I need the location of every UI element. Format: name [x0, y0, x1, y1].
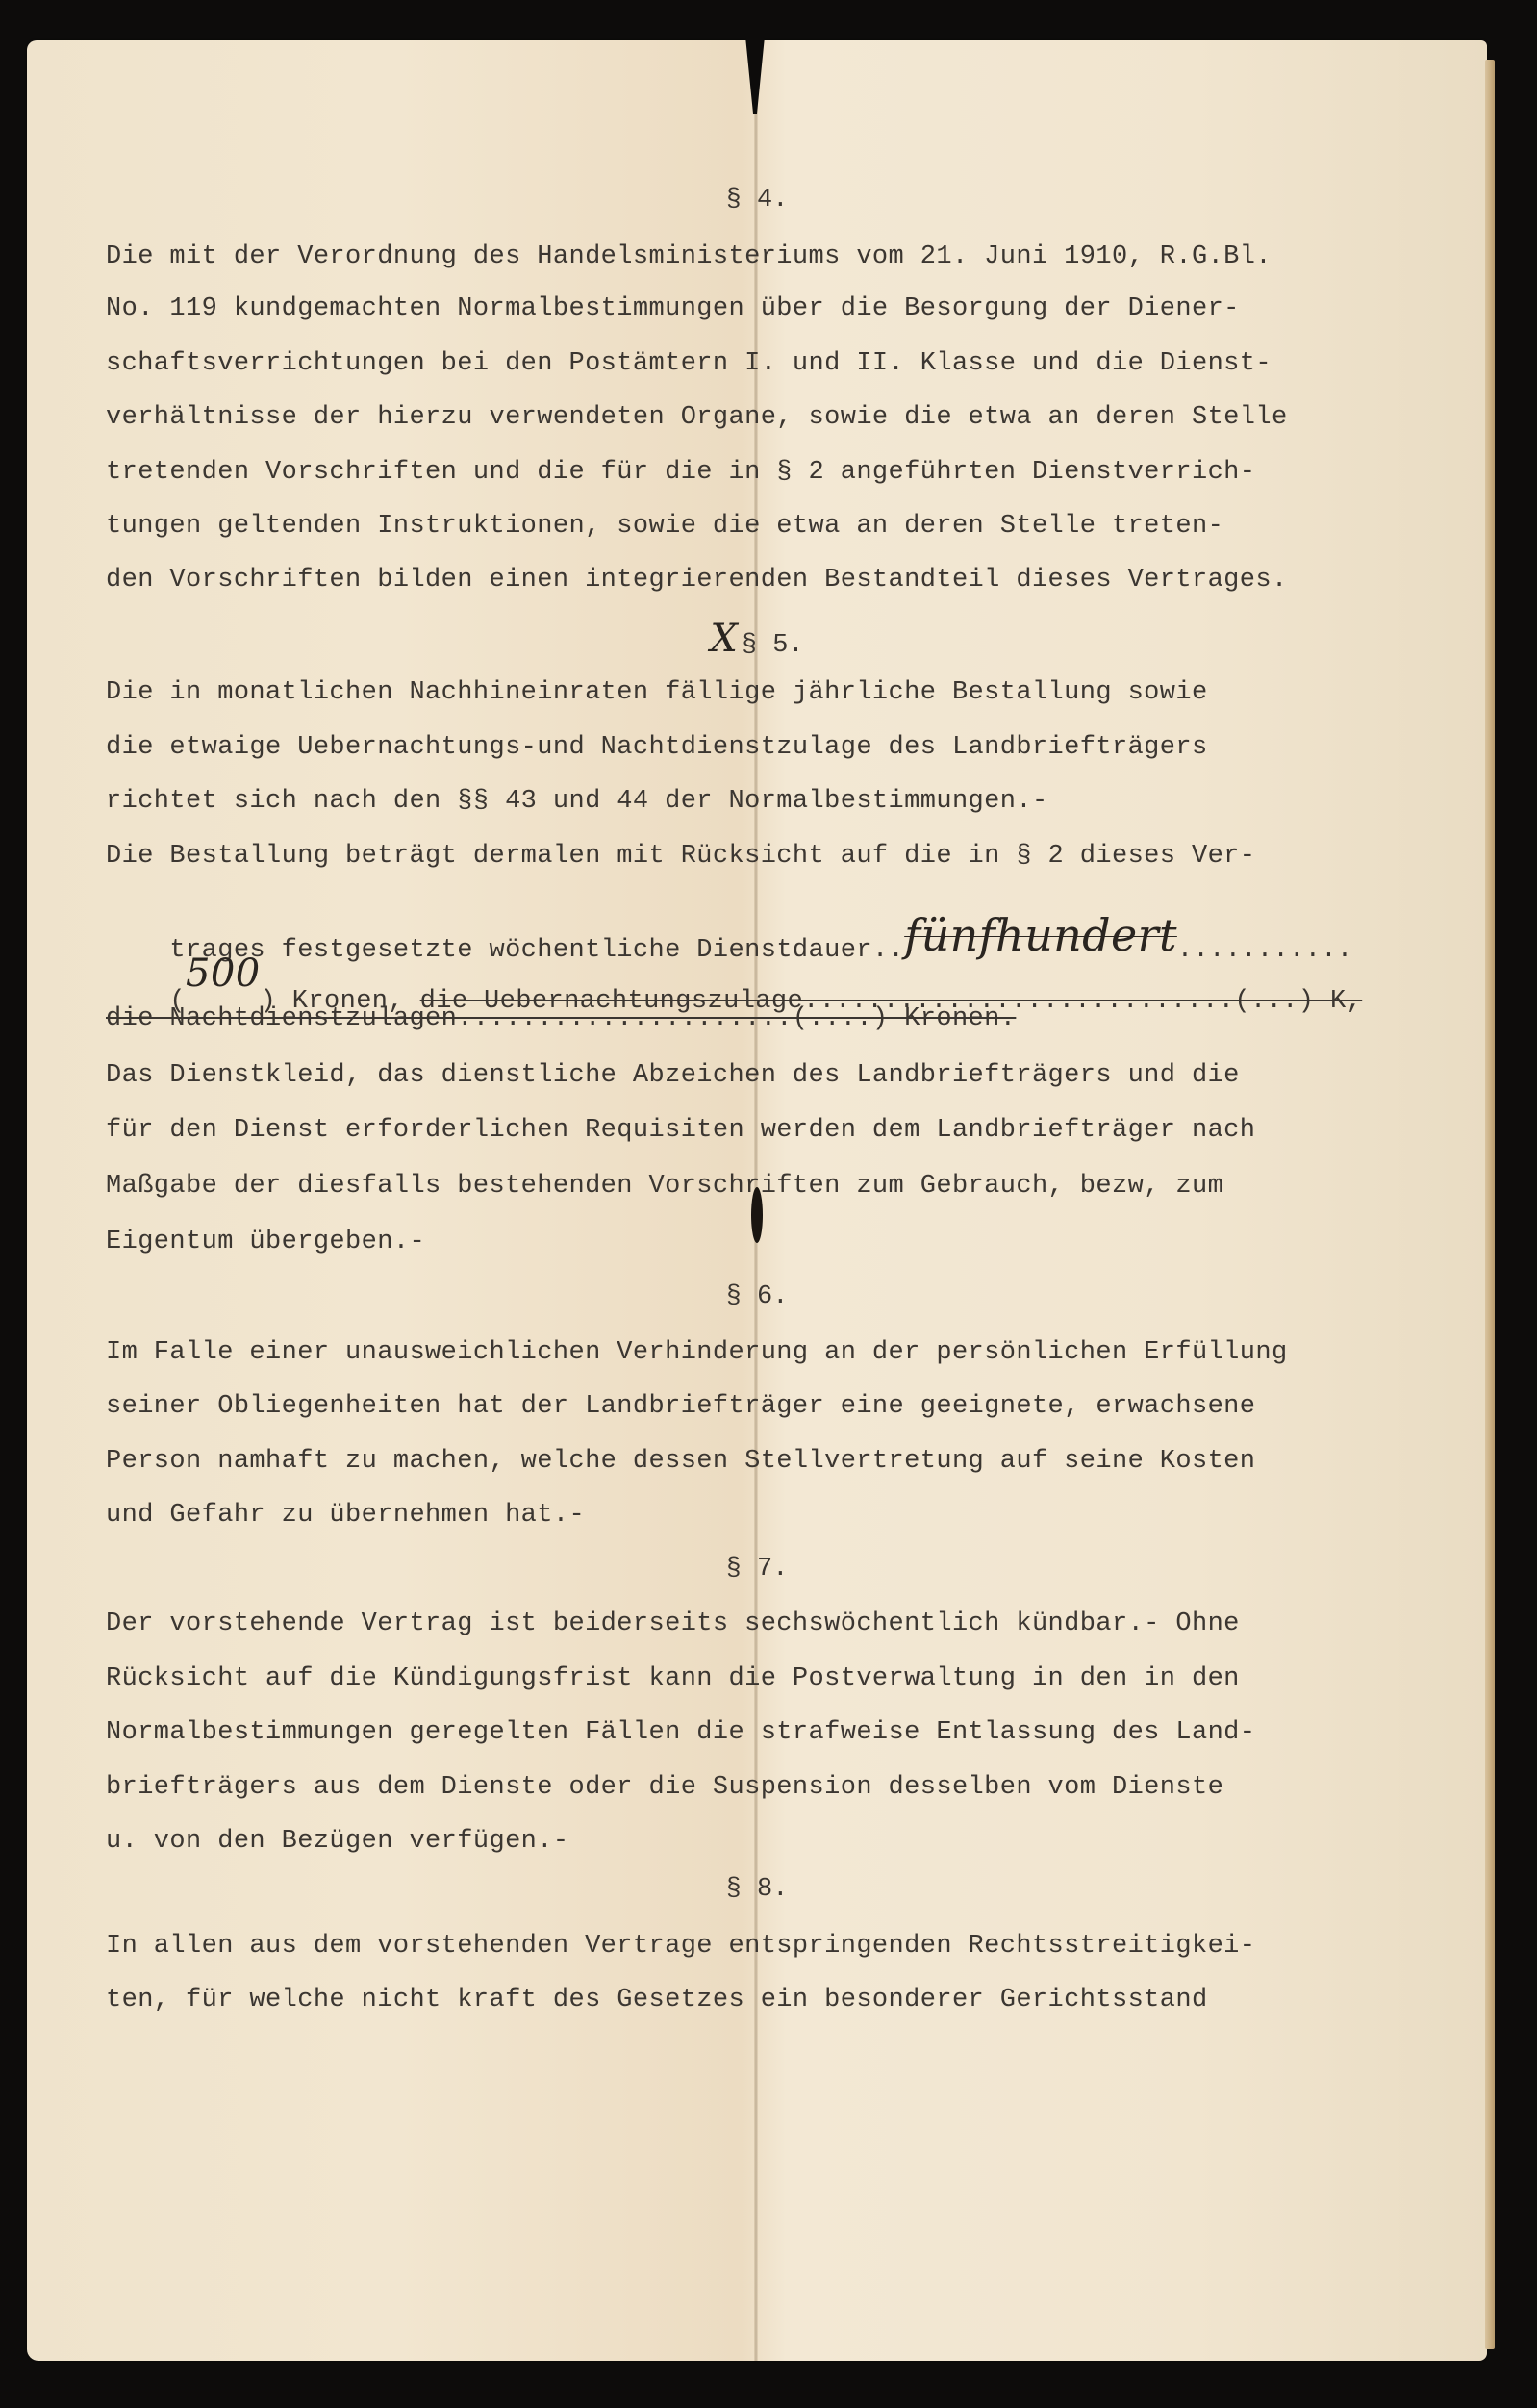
text-line: Das Dienstkleid, das dienstliche Abzeich… — [106, 1060, 1240, 1091]
text-line: briefträgers aus dem Dienste oder die Su… — [106, 1772, 1223, 1803]
section-heading-6: § 6. — [27, 1281, 1487, 1312]
text-line: für den Dienst erforderlichen Requisiten… — [106, 1115, 1255, 1146]
text-line: Eigentum übergeben.- — [106, 1227, 425, 1257]
text-line: richtet sich nach den §§ 43 und 44 der N… — [106, 786, 1048, 817]
text-line: Im Falle einer unausweichlichen Verhinde… — [106, 1337, 1288, 1368]
page-edge — [1485, 60, 1495, 2349]
text-line: ten, für welche nicht kraft des Gesetzes… — [106, 1985, 1208, 2015]
text-line: tungen geltenden Instruktionen, sowie di… — [106, 511, 1223, 542]
text-line: seiner Obliegenheiten hat der Landbrieft… — [106, 1391, 1255, 1422]
text-line: In allen aus dem vorstehenden Vertrage e… — [106, 1931, 1255, 1962]
text-line: die etwaige Uebernachtungs-und Nachtdien… — [106, 732, 1208, 763]
document-page: § 4. Die mit der Verordnung des Handelsm… — [27, 40, 1487, 2361]
section-heading-8: § 8. — [27, 1874, 1487, 1905]
text-line: Der vorstehende Vertrag ist beiderseits … — [106, 1609, 1240, 1639]
section-heading-5: X§ 5. — [27, 623, 1487, 661]
section-heading-4: § 4. — [27, 185, 1487, 215]
text-line: Person namhaft zu machen, welche dessen … — [106, 1446, 1255, 1477]
struck-line: die Nachtdienstzulagen..................… — [106, 1003, 1016, 1034]
section-heading-7: § 7. — [27, 1554, 1487, 1584]
text-line: Normalbestimmungen geregelten Fällen die… — [106, 1717, 1255, 1748]
text-line: Die in monatlichen Nachhineinraten fälli… — [106, 677, 1208, 708]
text-line: u. von den Bezügen verfügen.- — [106, 1826, 568, 1857]
text-line: Maßgabe der diesfalls bestehenden Vorsch… — [106, 1171, 1223, 1202]
text-line: Die Bestallung beträgt dermalen mit Rück… — [106, 841, 1255, 872]
top-notch — [745, 37, 765, 114]
text-line: und Gefahr zu übernehmen hat.- — [106, 1500, 585, 1531]
text-line: Die mit der Verordnung des Handelsminist… — [106, 241, 1272, 272]
text-line: No. 119 kundgemachten Normalbestimmungen… — [106, 293, 1240, 324]
text-line: schaftsverrichtungen bei den Postämtern … — [106, 348, 1272, 379]
text-line: verhältnisse der hierzu verwendeten Orga… — [106, 402, 1288, 433]
text-line: Rücksicht auf die Kündigungsfrist kann d… — [106, 1663, 1240, 1694]
text-line: tretenden Vorschriften und die für die i… — [106, 457, 1255, 488]
handwritten-amount: 500 — [186, 951, 261, 996]
handwritten-x-mark: X — [710, 617, 737, 661]
text-line: den Vorschriften bilden einen integriere… — [106, 565, 1288, 596]
